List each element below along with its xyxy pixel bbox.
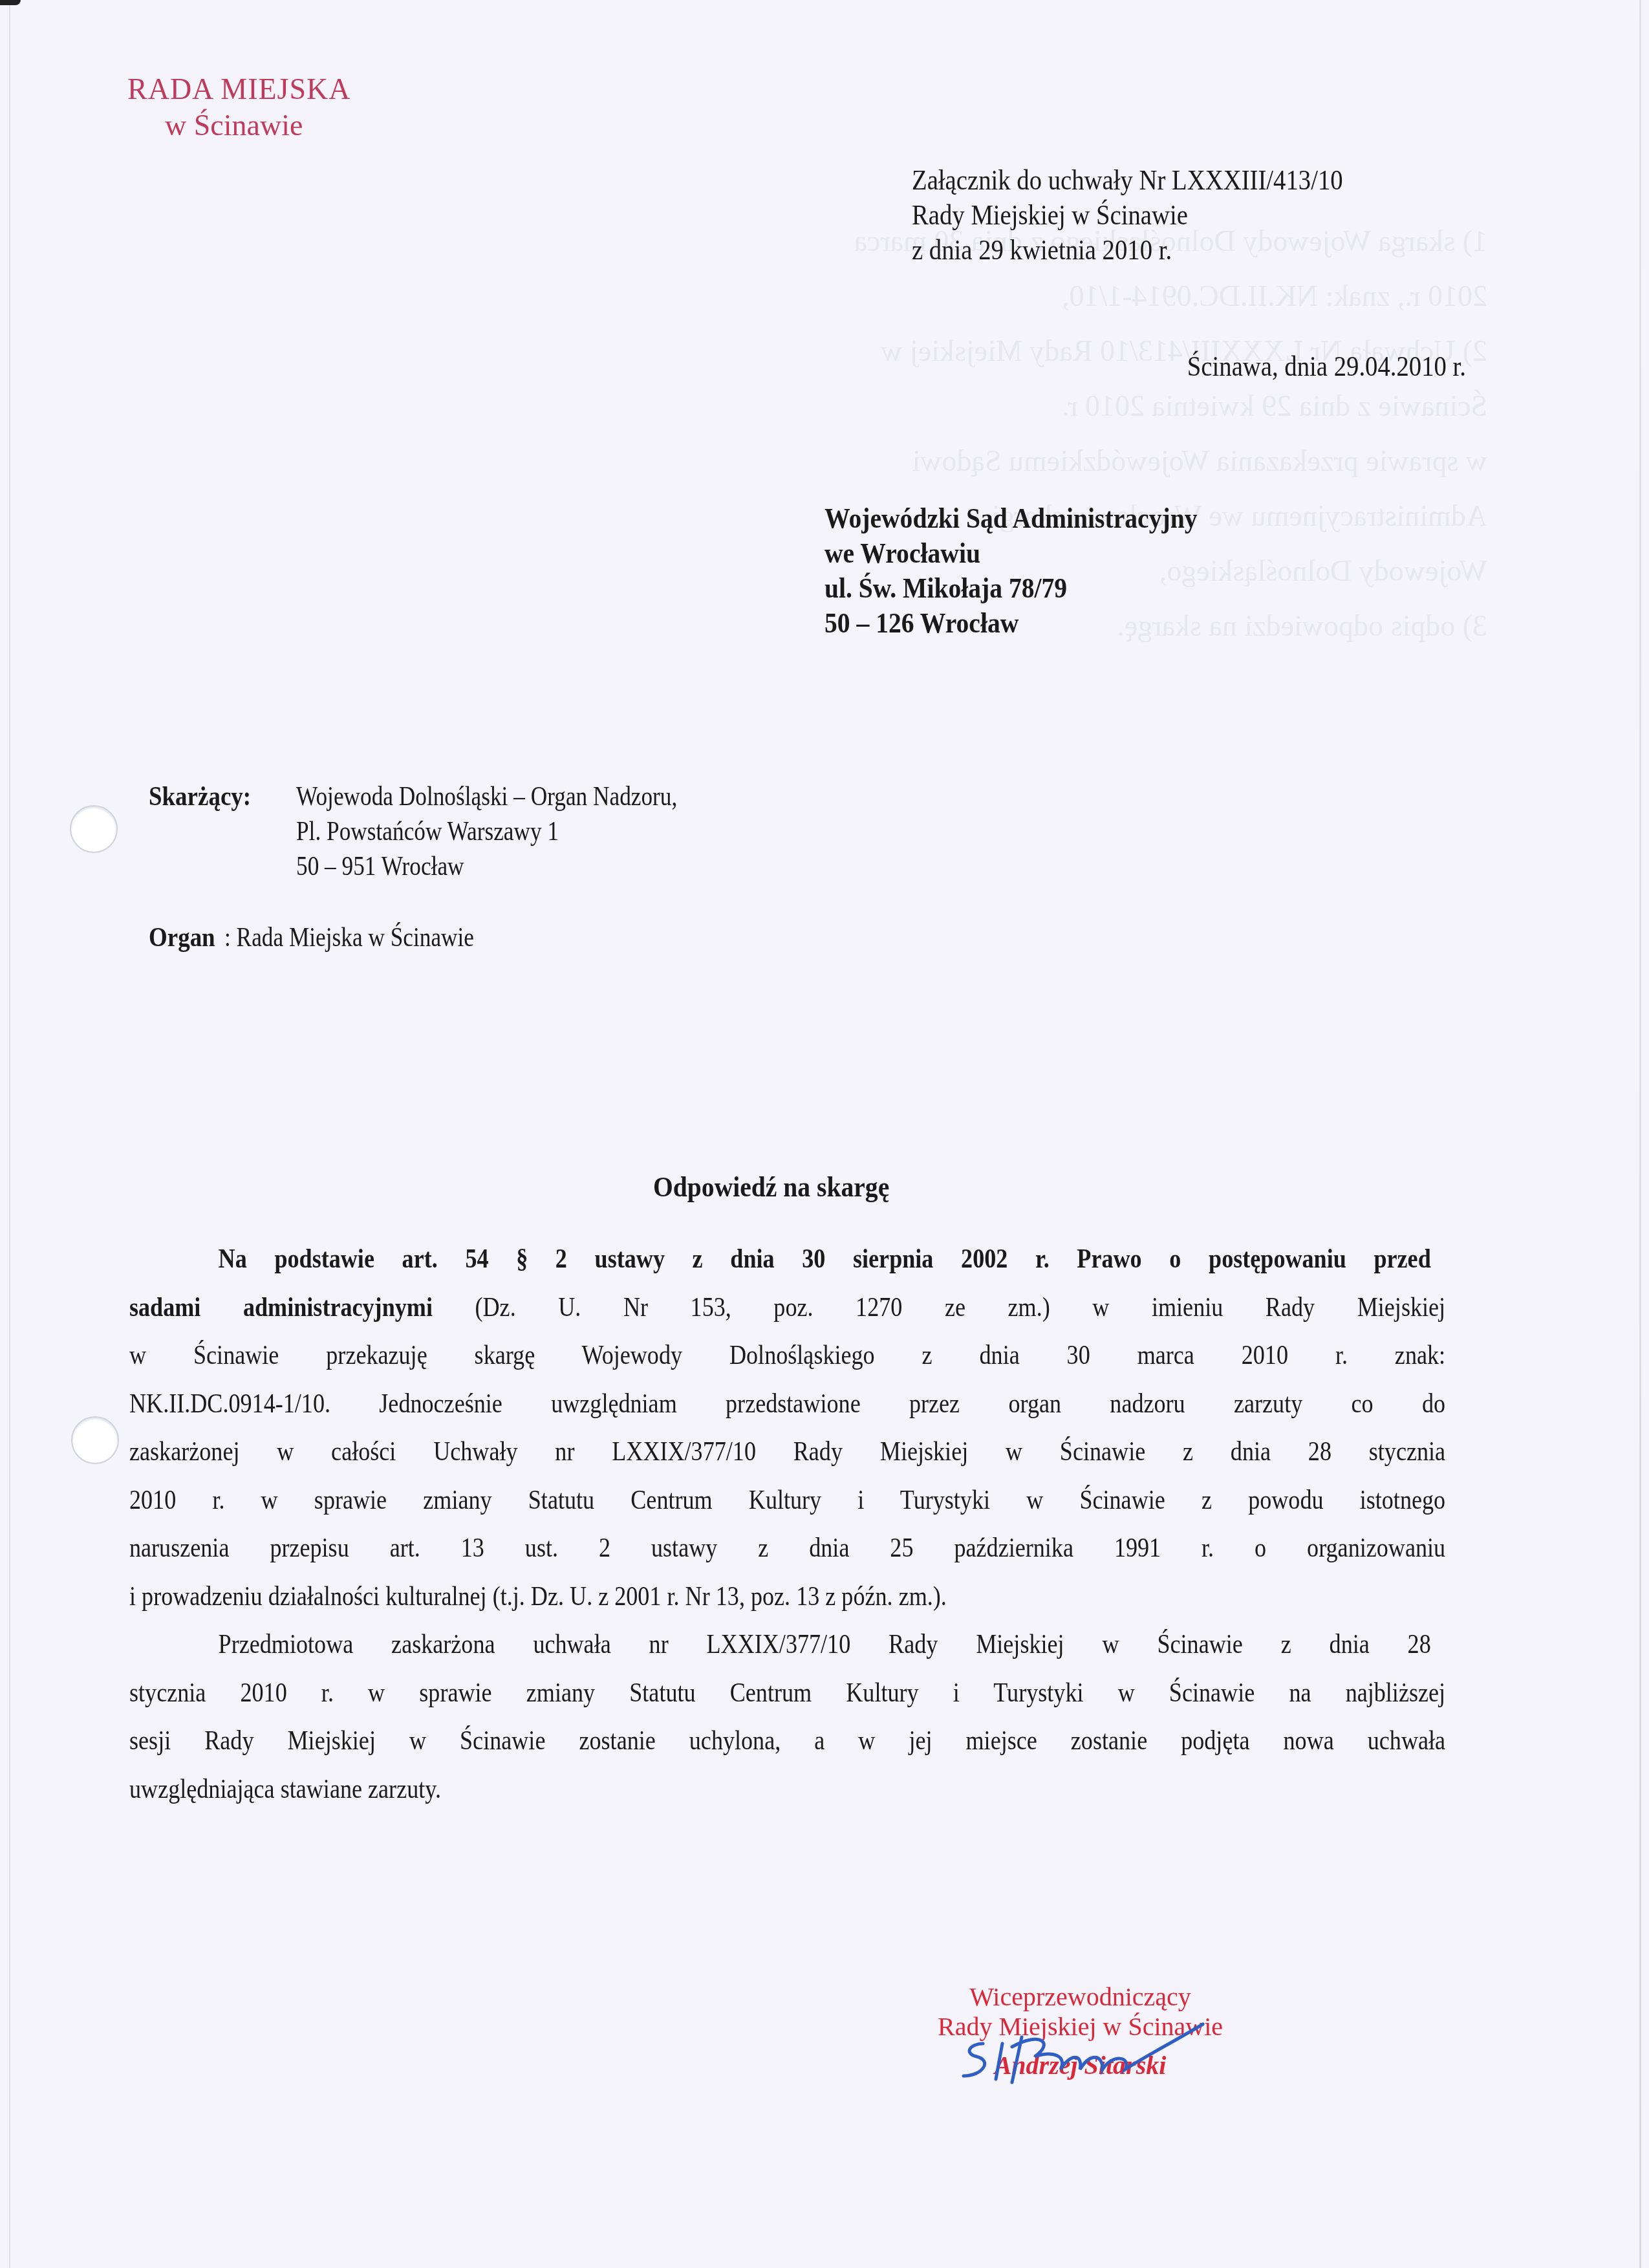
organ-value: : Rada Miejska w Ścinawie (224, 920, 474, 955)
complainant-city: 50 – 951 Wrocław (296, 849, 677, 884)
body-line: NK.II.DC.0914-1/10. Jednocześnie uwzględ… (129, 1380, 1445, 1429)
complainant-street: Pl. Powstańców Warszawy 1 (296, 814, 677, 849)
addressee-line-4: 50 – 126 Wrocław (824, 606, 1197, 641)
organ-row: Organ : Rada Miejska w Ścinawie (149, 920, 750, 955)
complainant-address-wrap: Pl. Powstańców Warszawy 1 50 – 951 Wrocł… (149, 814, 750, 884)
body-line: Na podstawie art. 54 § 2 ustawy z dnia 3… (129, 1235, 1431, 1284)
attachment-note: Załącznik do uchwały Nr LXXXIII/413/10 R… (912, 163, 1343, 268)
complainant-label: Skarżący: (149, 779, 279, 814)
stamp-line-2: w Ścinawie (127, 107, 351, 144)
addressee-block: Wojewódzki Sąd Administracyjny we Wrocła… (824, 501, 1197, 641)
body-line: sesji Rady Miejskiej w Ścinawie zostanie… (129, 1717, 1445, 1766)
body-line: sadami administracyjnymi (Dz. U. Nr 153,… (129, 1284, 1445, 1332)
bold-span: Na podstawie art. 54 § 2 ustawy z dnia 3… (219, 1244, 1431, 1274)
paragraph-1: Na podstawie art. 54 § 2 ustawy z dnia 3… (129, 1235, 1449, 1621)
document-title: Odpowiedź na skargę (653, 1171, 889, 1204)
punch-hole-top (70, 805, 118, 853)
body-line: stycznia 2010 r. w sprawie zmiany Statut… (129, 1669, 1445, 1718)
addressee-line-2: we Wrocławiu (824, 536, 1197, 571)
body-line: Przedmiotowa zaskarżona uchwała nr LXXIX… (129, 1621, 1431, 1669)
attachment-line-1: Załącznik do uchwały Nr LXXXIII/413/10 (912, 163, 1343, 198)
body-line: naruszenia przepisu art. 13 ust. 2 ustaw… (129, 1524, 1445, 1573)
complainant-row: Skarżący: Wojewoda Dolnośląski – Organ N… (149, 779, 750, 814)
addressee-line-1: Wojewódzki Sąd Administracyjny (824, 501, 1197, 536)
handwritten-signature-icon (957, 2018, 1216, 2089)
attachment-line-2: Rady Miejskiej w Ścinawie (912, 198, 1343, 233)
body-line: i prowadzeniu działalności kulturalnej (… (129, 1573, 1445, 1621)
text-span: (Dz. U. Nr 153, poz. 1270 ze zm.) w imie… (433, 1293, 1445, 1323)
scan-edge-left (9, 0, 10, 2268)
body-line: uwzględniająca stawiane zarzuty. (129, 1766, 1445, 1814)
paragraph-2: Przedmiotowa zaskarżona uchwała nr LXXIX… (129, 1621, 1449, 1813)
attachment-line-3: z dnia 29 kwietnia 2010 r. (912, 233, 1343, 268)
document-body: Na podstawie art. 54 § 2 ustawy z dnia 3… (129, 1235, 1449, 1813)
bold-span: sadami administracyjnymi (129, 1293, 433, 1323)
council-header-stamp: RADA MIEJSKA w Ścinawie (127, 71, 351, 144)
complainant-name: Wojewoda Dolnośląski – Organ Nadzoru, (296, 779, 677, 814)
place-and-date: Ścinawa, dnia 29.04.2010 r. (1187, 349, 1466, 384)
stamp-line-1: RADA MIEJSKA (127, 71, 351, 107)
signatory-title-1: Wiceprzewodniczący (938, 1982, 1223, 2012)
parties-block: Skarżący: Wojewoda Dolnośląski – Organ N… (149, 779, 750, 955)
body-line: zaskarżonej w całości Uchwały nr LXXIX/3… (129, 1428, 1445, 1476)
body-line: 2010 r. w sprawie zmiany Statutu Centrum… (129, 1476, 1445, 1525)
scan-corner-shadow (0, 0, 21, 5)
organ-label: Organ (149, 920, 215, 955)
body-line: w Ścinawie przekazuję skargę Wojewody Do… (129, 1332, 1445, 1380)
punch-hole-bottom (71, 1416, 119, 1464)
scan-edge-right (1639, 0, 1641, 2268)
addressee-line-3: ul. Św. Mikołaja 78/79 (824, 571, 1197, 606)
